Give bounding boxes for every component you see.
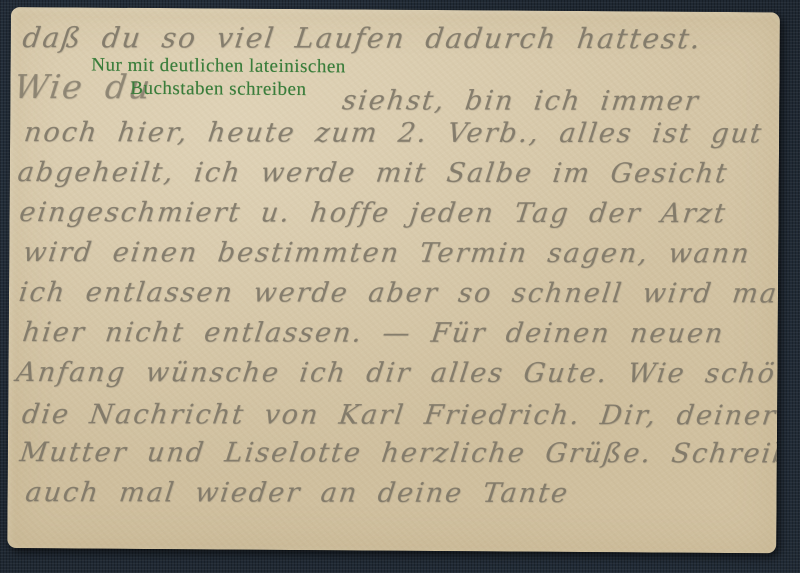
handwriting-line: daß du so viel Laufen dadurch hattest. — [21, 21, 704, 55]
stamp-line-2: Buchstaben schreiben — [68, 76, 368, 101]
handwriting-line: ich entlassen werde aber so schnell wird… — [17, 277, 780, 309]
handwriting-line: siehst, bin ich immer — [340, 85, 701, 117]
handwriting-line: Mutter und Liselotte herzliche Grüße. Sc… — [18, 437, 780, 469]
postcard: Nur mit deutlichen lateinischen Buchstab… — [7, 7, 780, 553]
handwriting-line: abgeheilt, ich werde mit Salbe im Gesich… — [16, 157, 730, 189]
handwriting-line: auch mal wieder an deine Tante — [24, 477, 571, 509]
handwriting-line: wird einen bestimmten Termin sagen, wann — [21, 237, 752, 269]
stamp-line-1: Nur mit deutlichen lateinischen — [69, 53, 369, 78]
handwriting-line: noch hier, heute zum 2. Verb., alles ist… — [22, 117, 765, 149]
handwriting-line: die Nachricht von Karl Friedrich. Dir, d… — [20, 399, 779, 431]
handwriting-line: eingeschmiert u. hoffe jeden Tag der Arz… — [18, 197, 729, 229]
photo-background: { "postcard": { "stamp": { "line1": "Nur… — [0, 0, 800, 573]
postcard-instruction-stamp: Nur mit deutlichen lateinischen Buchstab… — [68, 53, 368, 101]
handwriting-line: hier nicht entlassen. — Für deinen neuen — [21, 317, 727, 349]
handwriting-line: Anfang wünsche ich dir alles Gute. Wie s… — [15, 357, 780, 389]
